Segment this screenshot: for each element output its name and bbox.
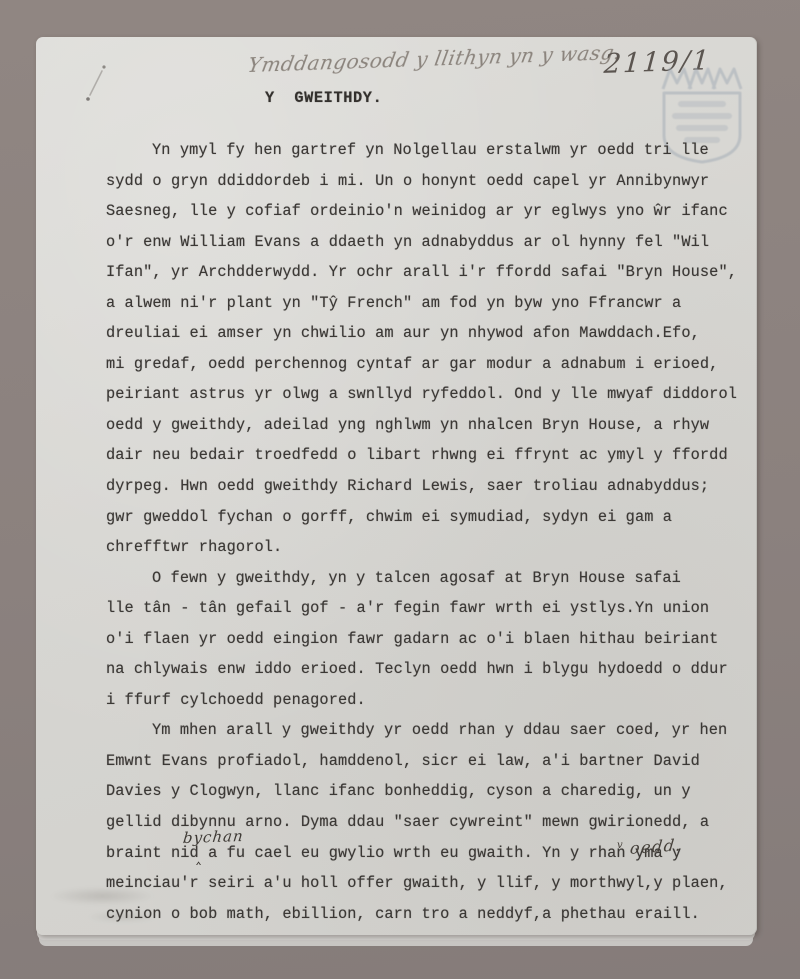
insertion-caret-mark: v (617, 840, 623, 851)
typescript-line: i ffurf cylchoedd penagored. (106, 685, 726, 716)
typescript-line: Emwnt Evans profiadol, hamddenol, sicr e… (106, 746, 726, 777)
typescript-line: na chlywais enw iddo erioed. Teclyn oedd… (106, 654, 726, 685)
handwritten-insertion-word: bychan (182, 827, 245, 847)
typescript-line: mi gredaf, oedd perchennog cyntaf ar gar… (106, 349, 726, 380)
page-title: Y GWEITHDY. (265, 89, 382, 107)
typescript-line: cynion o bob math, ebillion, carn tro a … (106, 899, 726, 930)
typescript-line: Davies y Clogwyn, llanc ifanc bonheddig,… (106, 776, 726, 807)
typescript-line: Ifan", yr Archdderwydd. Yr ochr arall i'… (106, 257, 726, 288)
handwritten-top-note: Ymddangosodd y llithyn yn y wasg. (246, 41, 590, 77)
typescript-line: dyrpeg. Hwn oedd gweithdy Richard Lewis,… (106, 471, 726, 502)
typescript-line: o'i flaen yr oedd eingion fawr gadarn ac… (106, 624, 726, 655)
pencil-smudge (50, 887, 155, 905)
handwritten-end-word: oedd. (629, 835, 683, 858)
typescript-line: o'r enw William Evans a ddaeth yn adnaby… (106, 227, 726, 258)
typescript-line: Saesneg, lle y cofiaf ordeinio'n weinido… (106, 196, 726, 227)
insertion-caret-mark: ‸ (196, 844, 201, 866)
typescript-line: sydd o gryn ddiddordeb i mi. Un o honynt… (106, 166, 726, 197)
typescript-line: dreuliai ei amser yn chwilio am aur yn n… (106, 318, 726, 349)
typescript-line: O fewn y gweithdy, yn y talcen agosaf at… (106, 563, 726, 594)
typescript-line: gwr gweddol fychan o gorff, chwim ei sym… (106, 502, 726, 533)
photo-mount-background: Ymddangosodd y llithyn yn y wasg. 2119/1… (0, 0, 800, 979)
typescript-page: Ymddangosodd y llithyn yn y wasg. 2119/1… (36, 37, 757, 935)
typescript-line: dair neu bedair troedfedd o libart rhwng… (106, 440, 726, 471)
pencil-smudge (88, 911, 158, 923)
typescript-line: peiriant astrus yr olwg a swnllyd ryfedd… (106, 379, 726, 410)
typescript-line: lle tân - tân gefail gof - a'r fegin faw… (106, 593, 726, 624)
pencil-check-mark (81, 61, 113, 109)
typescript: Yn ymyl fy hen gartref yn Nolgellau erst… (106, 135, 726, 929)
typescript-line: chrefftwr rhagorol. (106, 532, 726, 563)
typescript-line: Yn ymyl fy hen gartref yn Nolgellau erst… (106, 135, 726, 166)
typescript-line: meinciau'r seiri a'u holl offer gwaith, … (106, 868, 726, 899)
typescript-line: oedd y gweithdy, adeilad yng nghlwm yn n… (106, 410, 726, 441)
typescript-line: a alwem ni'r plant yn "Tŷ French" am fod… (106, 288, 726, 319)
typescript-line: Ym mhen arall y gweithdy yr oedd rhan y … (106, 715, 726, 746)
